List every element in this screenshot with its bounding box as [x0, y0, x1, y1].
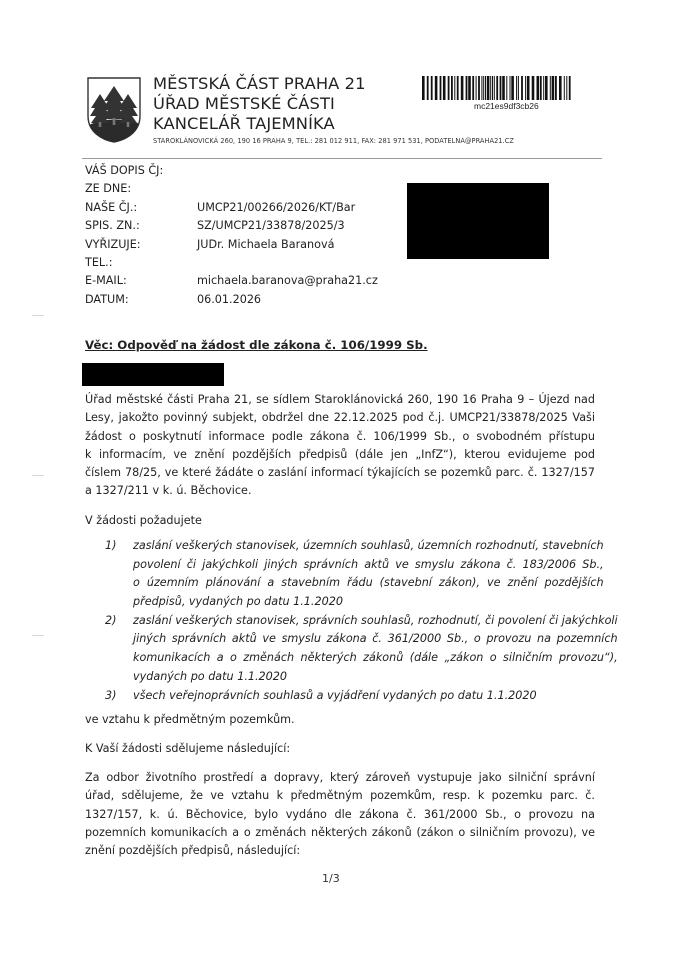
text-line: všech veřejnoprávních souhlasů a vyjádře…	[133, 687, 595, 706]
reference-row: VÁŠ DOPIS ČJ:	[85, 162, 378, 180]
text-line: pozemních komunikacích a o změnách někte…	[85, 824, 595, 842]
reference-row: NAŠE ČJ.:UMCP21/00266/2026/KT/Bar	[85, 199, 378, 217]
list-item: 2)zaslání veškerých stanovisek, správníc…	[105, 612, 595, 687]
text-line: zaslání veškerých stanovisek, správních …	[133, 612, 618, 631]
list-item: 3)všech veřejnoprávních souhlasů a vyjád…	[105, 687, 595, 706]
text-line: jiných správních aktů ve smyslu zákona č…	[133, 630, 618, 649]
text-line: předpisů, vydaných po datu 1.1.2020	[133, 593, 604, 612]
text-line: k informacím, ve znění pozdějších předpi…	[85, 446, 595, 464]
response-paragraph: Za odbor životního prostředí a dopravy, …	[85, 769, 595, 860]
margin-fold-mark	[32, 475, 44, 476]
org-line-2: ÚŘAD MĚSTSKÉ ČÁSTI	[153, 94, 366, 114]
barcode-text: mc21es9df3cb26	[474, 101, 539, 111]
text-line: Úřad městské části Praha 21, se sídlem S…	[85, 391, 595, 409]
request-list: 1)zaslání veškerých stanovisek, územních…	[105, 537, 595, 705]
text-line: Lesy, jakožto povinný subjekt, obdržel d…	[85, 409, 595, 427]
reference-row: SPIS. ZN.:SZ/UMCP21/33878/2025/3	[85, 217, 378, 235]
list-item-number: 3)	[105, 687, 133, 706]
reference-label: SPIS. ZN.:	[85, 217, 197, 235]
reference-label: VÁŠ DOPIS ČJ:	[85, 162, 197, 180]
reference-label: E-MAIL:	[85, 272, 197, 290]
list-item-text: zaslání veškerých stanovisek, územních s…	[133, 537, 604, 612]
subject-line: Věc: Odpověď na žádost dle zákona č. 106…	[85, 338, 428, 352]
reference-value: michaela.baranova@praha21.cz	[197, 272, 378, 290]
organization-address: STAROKLÁNOVICKÁ 260, 190 16 PRAHA 9, TEL…	[153, 137, 514, 145]
org-line-3: KANCELÁŘ TAJEMNÍKA	[153, 114, 366, 134]
reference-value: JUDr. Michaela Baranová	[197, 236, 334, 254]
reference-row: TEL.:	[85, 254, 378, 272]
reference-value: SZ/UMCP21/33878/2025/3	[197, 217, 345, 235]
redacted-recipient-address	[407, 183, 549, 259]
list-item-text: zaslání veškerých stanovisek, správních …	[133, 612, 618, 687]
document-page: MĚSTSKÁ ČÁST PRAHA 21 ÚŘAD MĚSTSKÉ ČÁSTI…	[0, 0, 678, 960]
reference-row: VYŘIZUJE:JUDr. Michaela Baranová	[85, 236, 378, 254]
reference-label: DATUM:	[85, 291, 197, 309]
list-item: 1)zaslání veškerých stanovisek, územních…	[105, 537, 595, 612]
organization-name: MĚSTSKÁ ČÁST PRAHA 21 ÚŘAD MĚSTSKÉ ČÁSTI…	[153, 74, 366, 134]
org-line-1: MĚSTSKÁ ČÁST PRAHA 21	[153, 74, 366, 94]
barcode-icon	[422, 76, 572, 100]
text-line: úřad, sdělujeme, že ve vztahu k předmětn…	[85, 787, 595, 805]
list-item-number: 2)	[105, 612, 133, 687]
text-line: Za odbor životního prostředí a dopravy, …	[85, 769, 595, 787]
text-line: 1327/157, k. ú. Běchovice, bylo vydáno d…	[85, 806, 595, 824]
reference-label: ZE DNE:	[85, 180, 197, 198]
reference-value: UMCP21/00266/2026/KT/Bar	[197, 199, 355, 217]
reference-label: NAŠE ČJ.:	[85, 199, 197, 217]
reference-label: VYŘIZUJE:	[85, 236, 197, 254]
text-line: vydaných po datu 1.1.2020	[133, 668, 618, 687]
reference-block: VÁŠ DOPIS ČJ:ZE DNE:NAŠE ČJ.:UMCP21/0026…	[85, 162, 378, 309]
text-line: číslem 78/25, ve které žádáte o zaslání …	[85, 464, 595, 482]
page-number: 1/3	[322, 872, 340, 885]
response-intro: K Vaší žádosti sdělujeme následující:	[85, 740, 595, 758]
list-item-number: 1)	[105, 537, 133, 612]
text-line: povolení či jakýchkoli jiných správních …	[133, 556, 604, 575]
text-line: a 1327/211 v k. ú. Běchovice.	[85, 482, 595, 500]
coat-of-arms-icon	[86, 76, 142, 144]
reference-row: DATUM:06.01.2026	[85, 291, 378, 309]
relation-line: ve vztahu k předmětným pozemkům.	[85, 711, 595, 729]
text-line: zaslání veškerých stanovisek, územních s…	[133, 537, 604, 556]
text-line: o územním plánování a stavebním řádu (st…	[133, 574, 604, 593]
margin-fold-mark	[32, 635, 44, 636]
text-line: žádost o poskytnutí informace podle záko…	[85, 428, 595, 446]
reference-value: 06.01.2026	[197, 291, 261, 309]
text-line: znění pozdějších předpisů, následující:	[85, 842, 595, 860]
header-divider	[82, 158, 602, 159]
reference-label: TEL.:	[85, 254, 197, 272]
text-line: komunikacích a o změnách některých zákon…	[133, 649, 618, 668]
intro-paragraph: Úřad městské části Praha 21, se sídlem S…	[85, 391, 595, 501]
list-item-text: všech veřejnoprávních souhlasů a vyjádře…	[133, 687, 595, 706]
reference-row: E-MAIL:michaela.baranova@praha21.cz	[85, 272, 378, 290]
request-intro: V žádosti požadujete	[85, 512, 595, 530]
redacted-salutation	[82, 363, 224, 386]
margin-fold-mark	[32, 315, 44, 316]
reference-row: ZE DNE:	[85, 180, 378, 198]
